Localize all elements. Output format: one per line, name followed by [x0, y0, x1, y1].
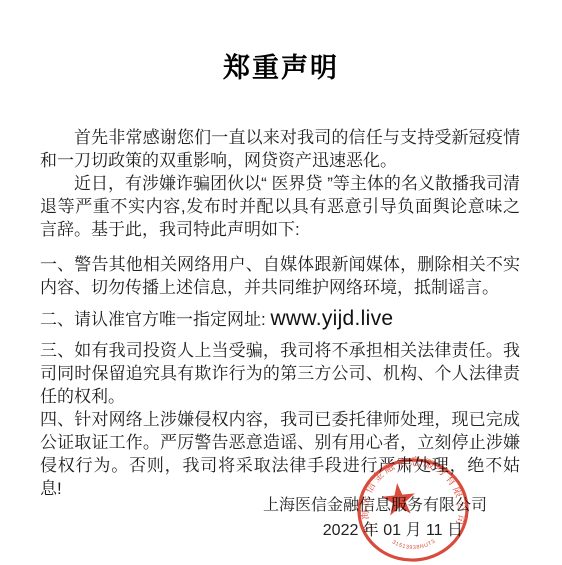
official-website-url: www.yijd.live — [270, 307, 393, 330]
statement-body: 首先非常感谢您们一直以来对我司的信任与支持受新冠疫情和一刀切政策的双重影响，网贷… — [40, 126, 520, 500]
company-name: 上海医信金融信息服务有限公司 — [263, 493, 487, 518]
statement-item-3: 三、如有我司投资人上当受骗，我司将不承担相关法律责任。我司同时保留追究具有欺诈行… — [40, 339, 520, 408]
intro-paragraph: 首先非常感谢您们一直以来对我司的信任与支持受新冠疫情和一刀切政策的双重影响，网贷… — [40, 126, 520, 172]
statement-item-2: 二、请认准官方唯一指定网址: www.yijd.live — [40, 306, 520, 333]
statement-document: 郑重声明 首先非常感谢您们一直以来对我司的信任与支持受新冠疫情和一刀切政策的双重… — [0, 0, 562, 565]
statement-item-1: 一、警告其他相关网络用户、自媒体跟新闻媒体，删除相关不实内容、切勿传播上述信息，… — [40, 253, 520, 299]
statement-item-4: 四、针对网络上涉嫌侵权内容，我司已委托律师处理，现已完成公证取证工作。严厉警告恶… — [40, 408, 520, 500]
official-site-label: 二、请认准官方唯一指定网址: — [40, 310, 270, 329]
statement-date: 2022 年 01 月 11 日 — [263, 518, 487, 543]
document-title: 郑重声明 — [0, 46, 562, 85]
context-paragraph: 近日，有涉嫌诈骗团伙以“ 医界贷 ”等主体的名义散播我司清退等严重不实内容,发布… — [40, 172, 520, 241]
signature-block: 上海医信金融信息服务有限公司 2022 年 01 月 11 日 — [263, 493, 487, 543]
